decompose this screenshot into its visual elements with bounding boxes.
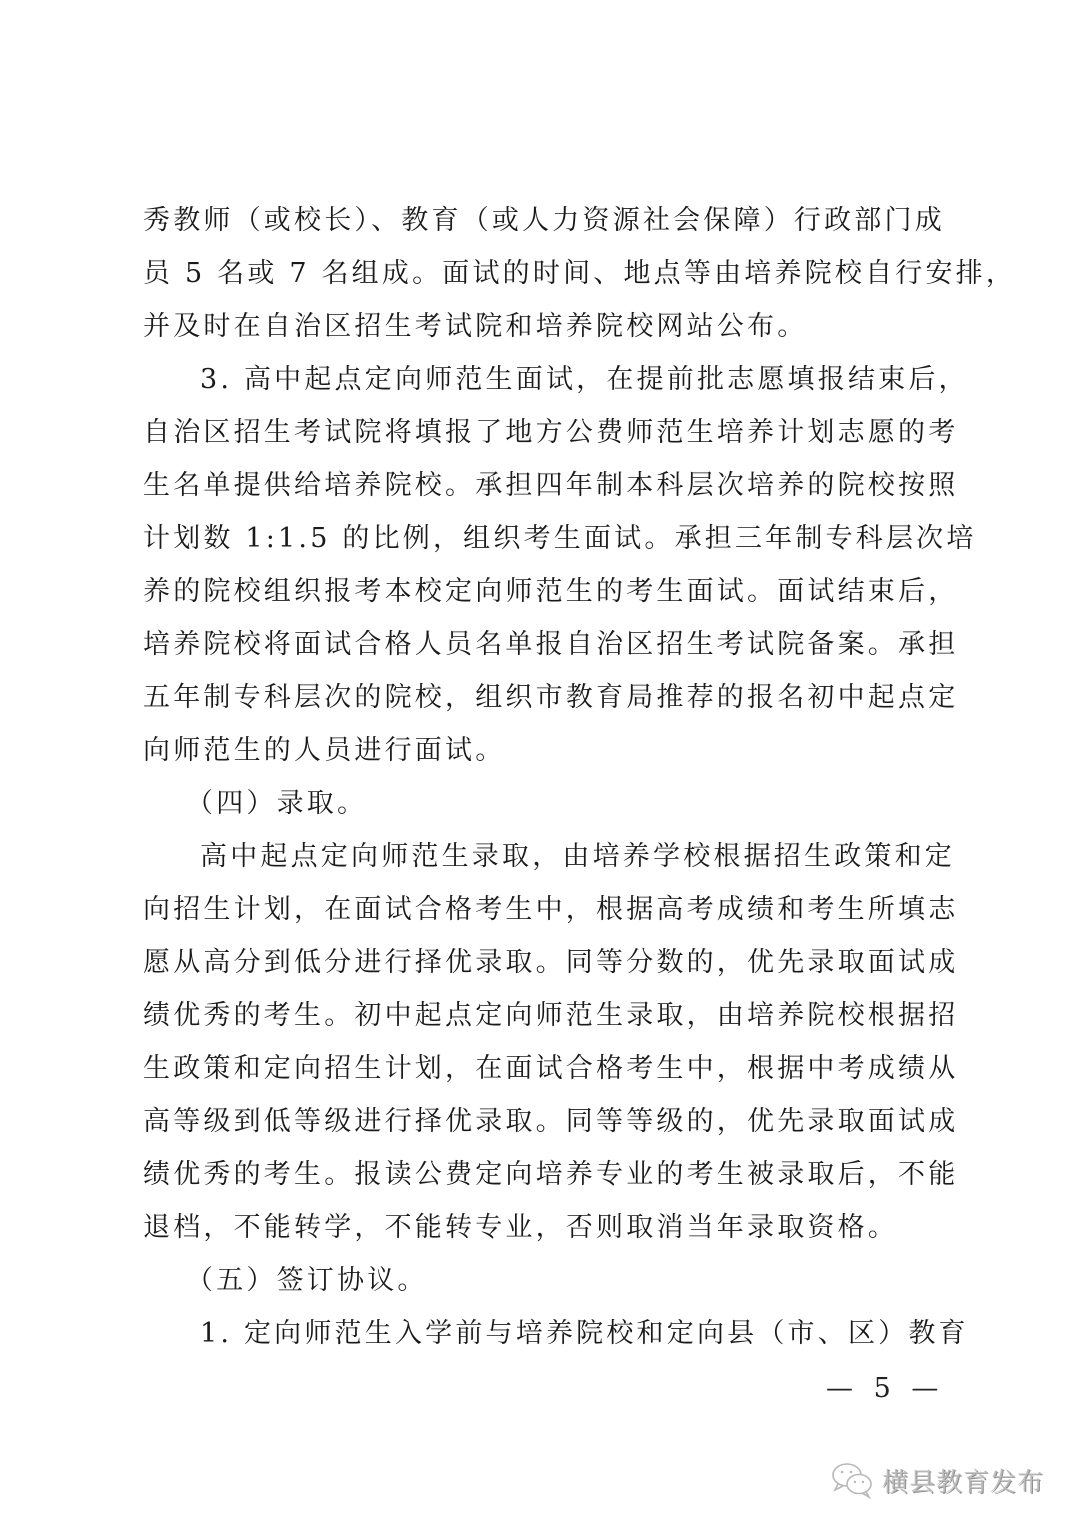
text-line: 生名单提供给培养院校。承担四年制本科层次培养的院校按照 xyxy=(143,468,933,504)
text-line: 向师范生的人员进行面试。 xyxy=(143,733,933,769)
watermark: 横县教育发布 xyxy=(830,1460,1044,1500)
text-line: 并及时在自治区招生考试院和培养院校网站公布。 xyxy=(143,309,933,345)
text-line: 员 5 名或 7 名组成。面试的时间、地点等由培养院校自行安排， xyxy=(143,256,933,292)
text-line: 向招生计划，在面试合格考生中，根据高考成绩和考生所填志 xyxy=(143,892,933,928)
text-line: 1. 定向师范生入学前与培养院校和定向县（市、区）教育 xyxy=(200,1316,933,1352)
text-line: 绩优秀的考生。初中起点定向师范生录取，由培养院校根据招 xyxy=(143,998,933,1034)
text-line: 愿从高分到低分进行择优录取。同等分数的，优先录取面试成 xyxy=(143,945,933,981)
section-heading: （五）签订协议。 xyxy=(186,1263,976,1299)
text-line: 3. 高中起点定向师范生面试，在提前批志愿填报结束后， xyxy=(200,362,933,398)
page-number: — 5 — xyxy=(826,1372,944,1406)
text-line: 高中起点定向师范生录取，由培养学校根据招生政策和定 xyxy=(200,839,933,875)
text-line: 五年制专科层次的院校，组织市教育局推荐的报名初中起点定 xyxy=(143,680,933,716)
text-line: 培养院校将面试合格人员名单报自治区招生考试院备案。承担 xyxy=(143,627,933,663)
text-line: 绩优秀的考生。报读公费定向培养专业的考生被录取后，不能 xyxy=(143,1157,933,1193)
text-line: 生政策和定向招生计划，在面试合格考生中，根据中考成绩从 xyxy=(143,1051,933,1087)
watermark-text: 横县教育发布 xyxy=(882,1462,1044,1499)
text-line: 养的院校组织报考本校定向师范生的考生面试。面试结束后， xyxy=(143,574,933,610)
wechat-icon xyxy=(830,1460,876,1500)
text-line: 自治区招生考试院将填报了地方公费师范生培养计划志愿的考 xyxy=(143,415,933,451)
text-line: 秀教师（或校长）、教育（或人力资源社会保障）行政部门成 xyxy=(143,203,933,239)
document-page: 秀教师（或校长）、教育（或人力资源社会保障）行政部门成 员 5 名或 7 名组成… xyxy=(0,0,1080,1527)
section-heading: （四）录取。 xyxy=(186,786,976,822)
text-line: 计划数 1:1.5 的比例，组织考生面试。承担三年制专科层次培 xyxy=(143,521,933,557)
text-line: 退档，不能转学，不能转专业，否则取消当年录取资格。 xyxy=(143,1210,933,1246)
text-line: 高等级到低等级进行择优录取。同等等级的，优先录取面试成 xyxy=(143,1104,933,1140)
